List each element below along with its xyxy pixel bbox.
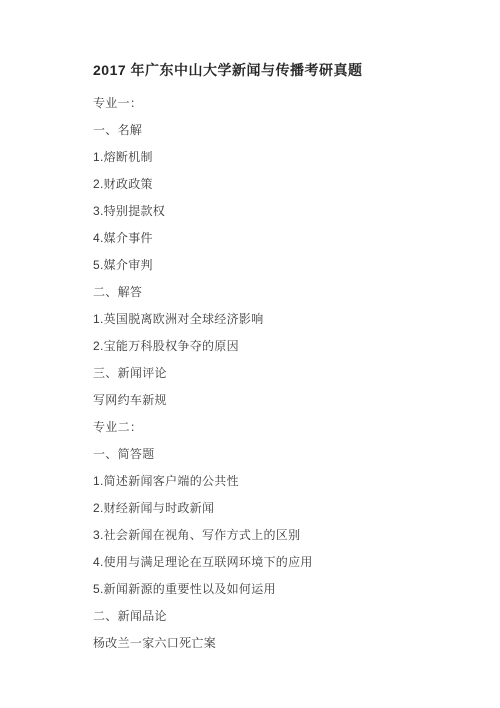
block-label-news-discussion: 二、新闻品论 xyxy=(93,603,460,630)
document-page: 2017 年广东中山大学新闻与传播考研真题 专业一： 一、名解 1.熔断机制 2… xyxy=(0,0,500,708)
question-item: 5.新闻新源的重要性以及如何运用 xyxy=(93,576,460,603)
block-label-answers: 二、解答 xyxy=(93,279,460,306)
block-label-news-commentary: 三、新闻评论 xyxy=(93,360,460,387)
question-item: 3.社会新闻在视角、写作方式上的区别 xyxy=(93,522,460,549)
block-label-short-answer: 一、简答题 xyxy=(93,441,460,468)
question-item: 4.媒介事件 xyxy=(93,225,460,252)
question-item: 1.熔断机制 xyxy=(93,144,460,171)
section-heading-major-2: 专业二： xyxy=(93,414,460,441)
question-item: 杨改兰一家六口死亡案 xyxy=(93,630,460,657)
question-item: 2.宝能万科股权争夺的原因 xyxy=(93,333,460,360)
question-item: 1.简述新闻客户端的公共性 xyxy=(93,468,460,495)
document-title: 2017 年广东中山大学新闻与传播考研真题 xyxy=(93,60,460,80)
block-label-terms: 一、名解 xyxy=(93,117,460,144)
question-item: 5.媒介审判 xyxy=(93,252,460,279)
question-item: 2.财经新闻与时政新闻 xyxy=(93,495,460,522)
question-item: 写网约车新规 xyxy=(93,387,460,414)
question-item: 1.英国脱离欧洲对全球经济影响 xyxy=(93,306,460,333)
question-item: 3.特别提款权 xyxy=(93,198,460,225)
question-item: 2.财政政策 xyxy=(93,171,460,198)
question-item: 4.使用与满足理论在互联网环境下的应用 xyxy=(93,549,460,576)
section-heading-major-1: 专业一： xyxy=(93,90,460,117)
